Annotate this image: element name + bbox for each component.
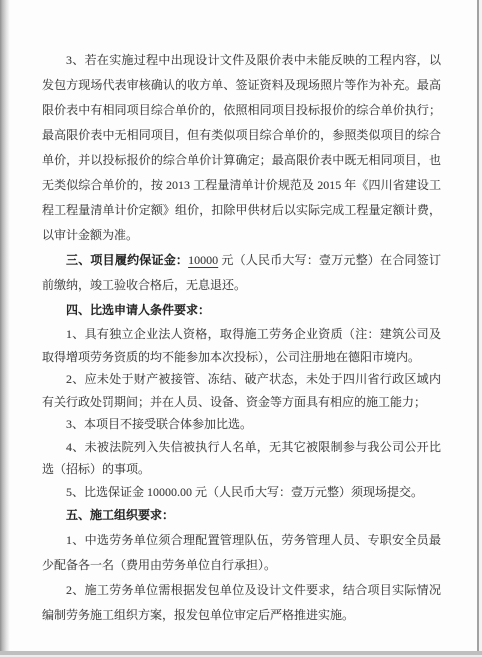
section-3-heading: 三、项目履约保证金： — [66, 253, 188, 267]
text-segment: 3、本项目不接受联合体参加比选。 — [66, 417, 252, 431]
scan-bottom-edge-band — [0, 651, 482, 655]
section-5-heading-text: 五、施工组织要求： — [66, 508, 174, 522]
section-4-item-3: 3、本项目不接受联合体参加比选。 — [42, 413, 441, 436]
section-5-heading: 五、施工组织要求： — [42, 503, 441, 528]
scan-left-edge-shadow — [0, 0, 10, 657]
section-4-item-5: 5、比选保证金 10000.00 元（人民币大写：壹万元整）须现场提交。 — [42, 481, 441, 504]
text-segment: 2、应未处于财产被接管、冻结、破产状态，未处于四川省行政区域内有关行政处罚期间；… — [42, 372, 441, 409]
scan-right-edge-line — [477, 0, 479, 657]
text-segment: 1、具有独立企业法人资格，取得施工劳务企业资质（注：建筑公司及取得增项劳务资质的… — [42, 327, 441, 364]
text-segment: 2、施工劳务单位需根据发包单位及设计文件要求，结合项目实际情况编制劳务施工组织方… — [42, 583, 441, 622]
text-segment: 1、中选劳务单位须合理配置管理队伍，劳务管理人员、专职安全员最少配备各一名（费用… — [42, 533, 441, 572]
section-4-item-1: 1、具有独立企业法人资格，取得施工劳务企业资质（注：建筑公司及取得增项劳务资质的… — [42, 323, 441, 368]
section-4-heading: 四、比选申请人条件要求： — [42, 298, 441, 323]
document-page: 3、若在实施过程中出现设计文件及限价表中未能反映的工程内容，以发包方现场代表审核… — [0, 0, 482, 657]
text-segment: 5、比选保证金 10000.00 元（人民币大写：壹万元整）须现场提交。 — [66, 485, 423, 499]
text-segment: 4、未被法院列入失信被执行人名单，无其它被限制参与我公司公开比选（招标）的事项。 — [42, 440, 441, 477]
deposit-amount-underlined: 10000 — [188, 253, 218, 267]
section-4-heading-text: 四、比选申请人条件要求： — [66, 303, 210, 317]
clause-3-pricing: 3、若在实施过程中出现设计文件及限价表中未能反映的工程内容，以发包方现场代表审核… — [42, 48, 441, 248]
section-4-item-2: 2、应未处于财产被接管、冻结、破产状态，未处于四川省行政区域内有关行政处罚期间；… — [42, 368, 441, 413]
section-5-item-1: 1、中选劳务单位须合理配置管理队伍，劳务管理人员、专职安全员最少配备各一名（费用… — [42, 528, 441, 578]
section-5-item-2: 2、施工劳务单位需根据发包单位及设计文件要求，结合项目实际情况编制劳务施工组织方… — [42, 578, 441, 628]
text-segment: 3、若在实施过程中出现设计文件及限价表中未能反映的工程内容，以发包方现场代表审核… — [42, 53, 441, 242]
document-body: 3、若在实施过程中出现设计文件及限价表中未能反映的工程内容，以发包方现场代表审核… — [42, 48, 441, 628]
section-3-performance-deposit: 三、项目履约保证金：10000 元（人民币大写：壹万元整）在合同签订前缴纳，竣工… — [42, 248, 441, 298]
section-4-item-4: 4、未被法院列入失信被执行人名单，无其它被限制参与我公司公开比选（招标）的事项。 — [42, 436, 441, 481]
